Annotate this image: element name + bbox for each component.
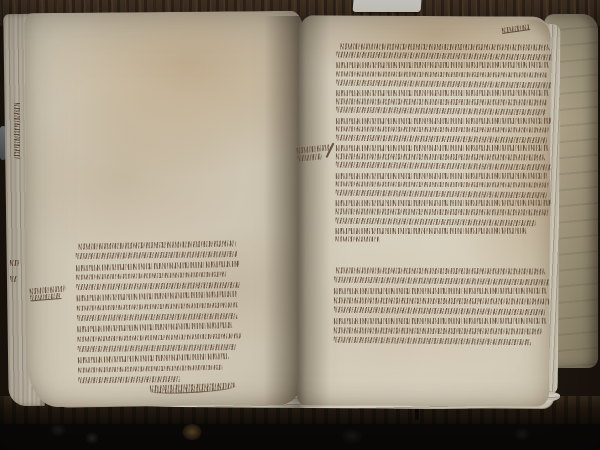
handwritten-line [10,260,19,266]
handwritten-line [336,71,547,78]
handwritten-line [334,337,531,345]
left-page-paragraph [76,240,247,383]
handwritten-line [76,282,239,290]
handwritten-line [77,333,240,342]
handwritten-line [76,251,237,259]
handwritten-line [502,24,530,33]
handwritten-line [77,322,233,332]
folio-number-mark [502,24,530,33]
handwritten-line [77,313,237,321]
handwritten-line [297,153,321,161]
fore-edge-vertical-script [14,103,26,109]
manuscript-text-layer [0,0,600,450]
left-margin-note [30,285,67,301]
handwritten-line [76,271,227,280]
handwritten-line [10,276,17,282]
handwritten-line [335,236,379,242]
handwritten-line [336,162,551,170]
handwritten-line [77,291,237,301]
handwritten-line [30,293,61,301]
right-page-paragraph-1 [335,43,558,243]
left-edge-marks [10,260,19,282]
handwritten-line [79,240,235,249]
right-page-paragraph-2 [334,267,558,344]
left-page-signature-flourish [150,383,236,395]
handwritten-line [334,318,547,324]
handwritten-line [336,172,547,178]
handwritten-line [77,302,238,311]
handwritten-line [334,277,549,285]
handwritten-line [336,90,549,96]
handwritten-line [341,43,550,50]
handwritten-line [336,154,545,161]
handwritten-line [336,62,549,68]
photo-frame [0,0,600,450]
handwritten-line [336,79,551,87]
handwritten-line [336,107,545,115]
handwritten-line [78,353,229,363]
handwritten-line [336,99,547,106]
handwritten-line [336,126,549,133]
handwritten-line [336,52,551,60]
handwritten-line [336,209,549,216]
handwritten-line [336,200,551,206]
handwritten-line [334,297,549,304]
handwritten-line [334,307,545,315]
handwritten-line [336,145,549,151]
handwritten-line [336,134,547,142]
right-gutter-margin-note [296,144,331,161]
handwritten-line [296,144,330,153]
handwritten-line [76,260,239,270]
handwritten-line [78,344,236,352]
handwritten-line [78,376,179,383]
handwritten-line [336,228,527,234]
handwritten-line [334,327,542,334]
handwritten-line [78,364,223,373]
handwritten-line [15,103,21,159]
handwritten-line [150,383,236,395]
handwritten-line [336,190,547,198]
handwritten-line [336,217,536,225]
handwritten-line [334,288,547,294]
handwritten-line [336,117,551,123]
handwritten-line [336,181,549,188]
handwritten-line [336,267,544,274]
